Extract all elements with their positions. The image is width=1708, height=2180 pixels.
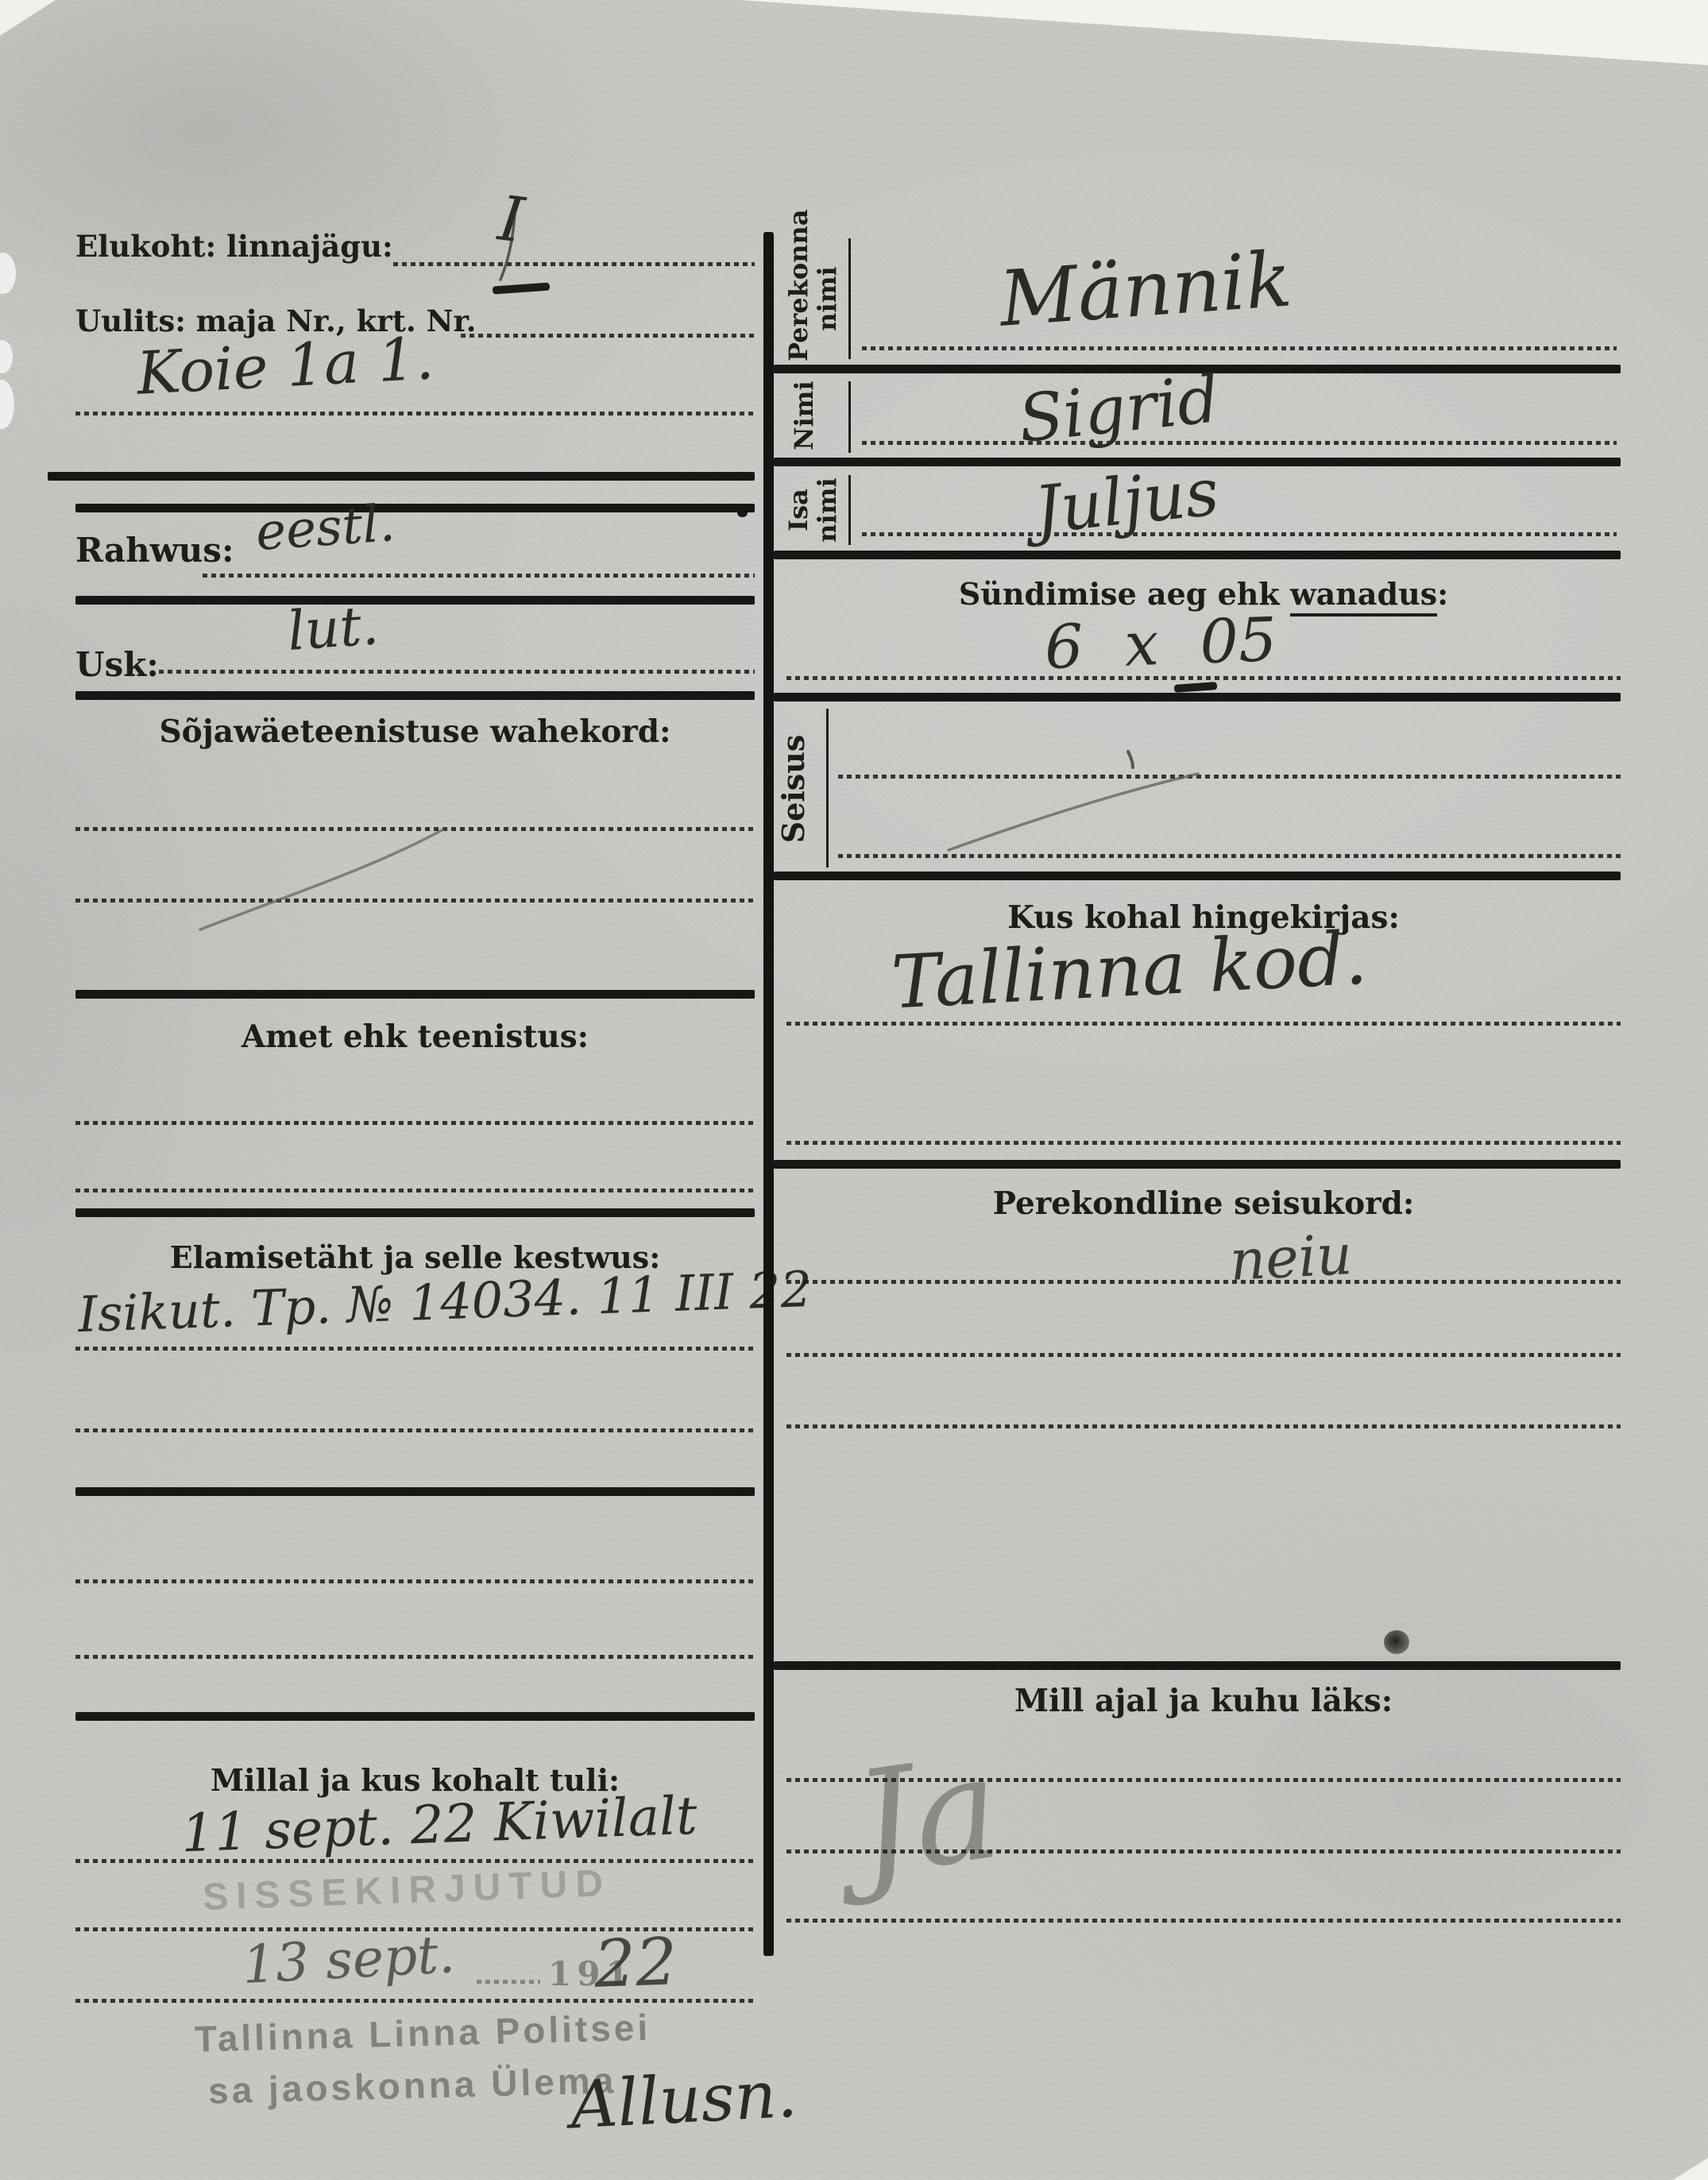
- ink-blot: [1384, 1630, 1409, 1654]
- sojawae-heading: Sõjawäeteenistuse wahekord:: [75, 713, 755, 750]
- sundimise-heading-suffix: :: [1437, 576, 1448, 612]
- label-rule: [848, 381, 851, 453]
- elukoht-label: Elukoht: linnajägu:: [75, 229, 393, 264]
- pencil-stroke: [200, 829, 443, 930]
- dotted-line: [838, 854, 1621, 858]
- divider-bar: [75, 1487, 755, 1496]
- divider-bar: [75, 1712, 755, 1721]
- office-stamp-line2: sa jaoskonna Ülema: [207, 2058, 617, 2112]
- dotted-line: [786, 1424, 1621, 1428]
- registered-stamp: SISSEKIRJUTUD: [202, 1861, 612, 1919]
- nimi-label: Nimi: [790, 376, 819, 455]
- dotted-line: [75, 1121, 755, 1125]
- dotted-line: [203, 574, 755, 578]
- divider-bar: [774, 551, 1621, 559]
- divider-bar: [774, 693, 1621, 702]
- dotted-line: [75, 412, 755, 416]
- paper-tear: [0, 380, 14, 429]
- label-rule: [848, 475, 851, 545]
- dotted-line: [862, 532, 1617, 536]
- perekonna-value: Männik: [997, 234, 1295, 343]
- sundimise-heading-underlined: wanadus: [1290, 576, 1437, 617]
- dotted-line: [786, 1353, 1621, 1357]
- date-day-value: 13 sept.: [241, 1923, 456, 1996]
- dotted-line: [786, 1778, 1621, 1782]
- dotted-line: [75, 899, 755, 903]
- dotted-line: [862, 441, 1617, 445]
- rahwus-label: Rahwus:: [75, 531, 234, 570]
- office-stamp-line1: Tallinna Linna Politsei: [194, 2005, 651, 2060]
- paper-tear: [0, 340, 13, 373]
- paper-corner: [0, 0, 56, 36]
- divider-bar: [774, 1661, 1621, 1670]
- mill-value: Ja: [845, 1725, 1010, 1909]
- dotted-line: [159, 670, 755, 674]
- paper-corner: [739, 0, 1708, 65]
- ink-dash: [1174, 682, 1218, 693]
- dotted-line: [75, 1655, 755, 1659]
- dotted-line: [75, 1999, 755, 2003]
- rahwus-value: eestl.: [254, 494, 397, 562]
- usk-value: lut.: [285, 594, 381, 663]
- dotted-line: [786, 676, 1621, 680]
- divider-bar: [774, 872, 1621, 880]
- divider-bar: [48, 472, 755, 481]
- label-rule: [826, 709, 829, 868]
- dotted-line: [838, 775, 1621, 779]
- usk-label: Usk:: [75, 645, 159, 684]
- dotted-line: [75, 1428, 755, 1432]
- dotted-line: [786, 1022, 1621, 1026]
- divider-bar: [75, 1208, 755, 1217]
- amet-heading: Amet ehk teenistus:: [75, 1018, 755, 1055]
- isa-label: Isa nimi: [785, 470, 842, 550]
- mill-heading: Mill ajal ja kuhu läks:: [786, 1683, 1621, 1719]
- date-year-value: 22: [593, 1924, 678, 2003]
- dotted-line: [75, 1347, 755, 1351]
- dotted-line: [786, 1141, 1621, 1145]
- ink-dash: [493, 283, 551, 295]
- pencil-stroke: [1128, 752, 1133, 767]
- elukoht-value: I: [495, 183, 528, 257]
- divider-bar: [774, 1160, 1621, 1169]
- perekondline-heading: Perekondline seisukord:: [786, 1185, 1621, 1222]
- divider-bar: [75, 990, 755, 999]
- pencil-stroke: [949, 774, 1198, 850]
- dotted-line: [862, 346, 1617, 350]
- divider-bar: [75, 691, 755, 700]
- seisus-label: Seisus: [777, 705, 811, 872]
- registration-card-scan: Elukoht: linnajägu: I Uulits: maja Nr., …: [0, 0, 1708, 2180]
- paper-tear: [0, 253, 16, 294]
- dotted-line: [75, 1579, 755, 1583]
- sundimise-value: 6 x 05: [1044, 604, 1278, 682]
- divider-bar: [75, 596, 755, 605]
- column-divider: [763, 232, 774, 1956]
- dotted-line: [75, 1189, 755, 1192]
- divider-bar: [75, 504, 755, 512]
- dotted-line: [75, 1859, 755, 1863]
- label-rule: [848, 238, 851, 359]
- dotted-line: [75, 827, 755, 831]
- dotted-line: [461, 334, 755, 338]
- dotted-line: [786, 1850, 1621, 1853]
- signature: Allusn.: [569, 2057, 799, 2144]
- dotted-line: [393, 262, 755, 266]
- dotted-line: [786, 1280, 1621, 1284]
- perekonna-label: Perekonna nimi: [785, 236, 842, 361]
- uulits-value: Koie 1a 1.: [135, 324, 435, 408]
- paper-corner: [1673, 2158, 1708, 2180]
- ink-dot: [737, 508, 748, 517]
- dotted-line: [477, 1980, 540, 1984]
- dotted-line: [786, 1919, 1621, 1923]
